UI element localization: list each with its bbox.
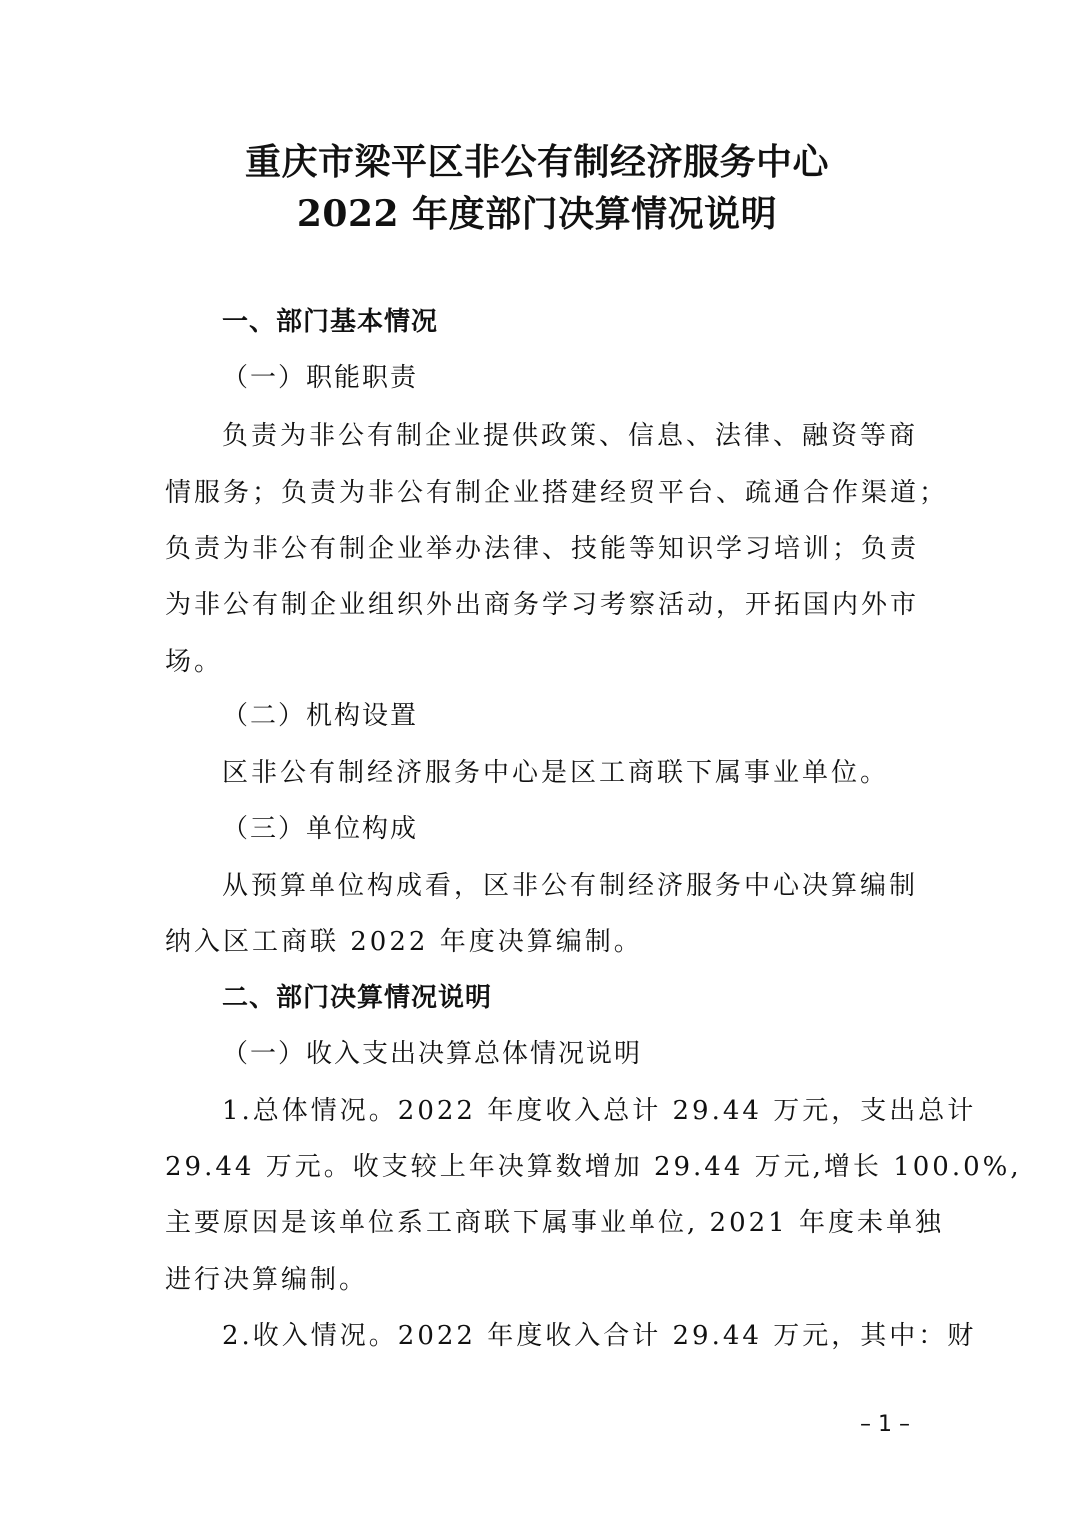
paragraph-line: 纳入区工商联 2022 年度决算编制。 (165, 922, 910, 962)
paragraph-line: 主要原因是该单位系工商联下属事业单位, 2021 年度未单独 (165, 1203, 910, 1243)
document-title-line1: 重庆市梁平区非公有制经济服务中心 (0, 138, 1074, 186)
paragraph-line: 情服务；负责为非公有制企业搭建经贸平台、疏通合作渠道； (165, 473, 910, 513)
section-heading: 一、部门基本情况 (222, 302, 912, 342)
subsection-heading: （二）机构设置 (222, 696, 912, 736)
page-number: – 1 – (855, 1412, 915, 1438)
paragraph-line: 区非公有制经济服务中心是区工商联下属事业单位。 (222, 753, 912, 793)
paragraph-line: 1.总体情况。2022 年度收入总计 29.44 万元，支出总计 (222, 1091, 912, 1131)
paragraph-line: 负责为非公有制企业提供政策、信息、法律、融资等商 (222, 416, 912, 456)
paragraph-line: 29.44 万元。收支较上年决算数增加 29.44 万元,增长 100.0%, (165, 1147, 910, 1187)
subsection-heading: （一）职能职责 (222, 358, 912, 398)
paragraph-line: 场。 (165, 642, 910, 682)
subsection-heading: （三）单位构成 (222, 809, 912, 849)
paragraph-line: 2.收入情况。2022 年度收入合计 29.44 万元，其中：财 (222, 1316, 912, 1356)
document-page: 重庆市梁平区非公有制经济服务中心 2022 年度部门决算情况说明 一、部门基本情… (0, 0, 1074, 1520)
section-heading: 二、部门决算情况说明 (222, 978, 912, 1018)
paragraph-line: 从预算单位构成看，区非公有制经济服务中心决算编制 (222, 866, 912, 906)
document-title-line2: 2022 年度部门决算情况说明 (0, 190, 1074, 238)
paragraph-line: 进行决算编制。 (165, 1260, 910, 1300)
paragraph-line: 为非公有制企业组织外出商务学习考察活动，开拓国内外市 (165, 585, 910, 625)
paragraph-line: 负责为非公有制企业举办法律、技能等知识学习培训；负责 (165, 529, 910, 569)
subsection-heading: （一）收入支出决算总体情况说明 (222, 1034, 912, 1074)
